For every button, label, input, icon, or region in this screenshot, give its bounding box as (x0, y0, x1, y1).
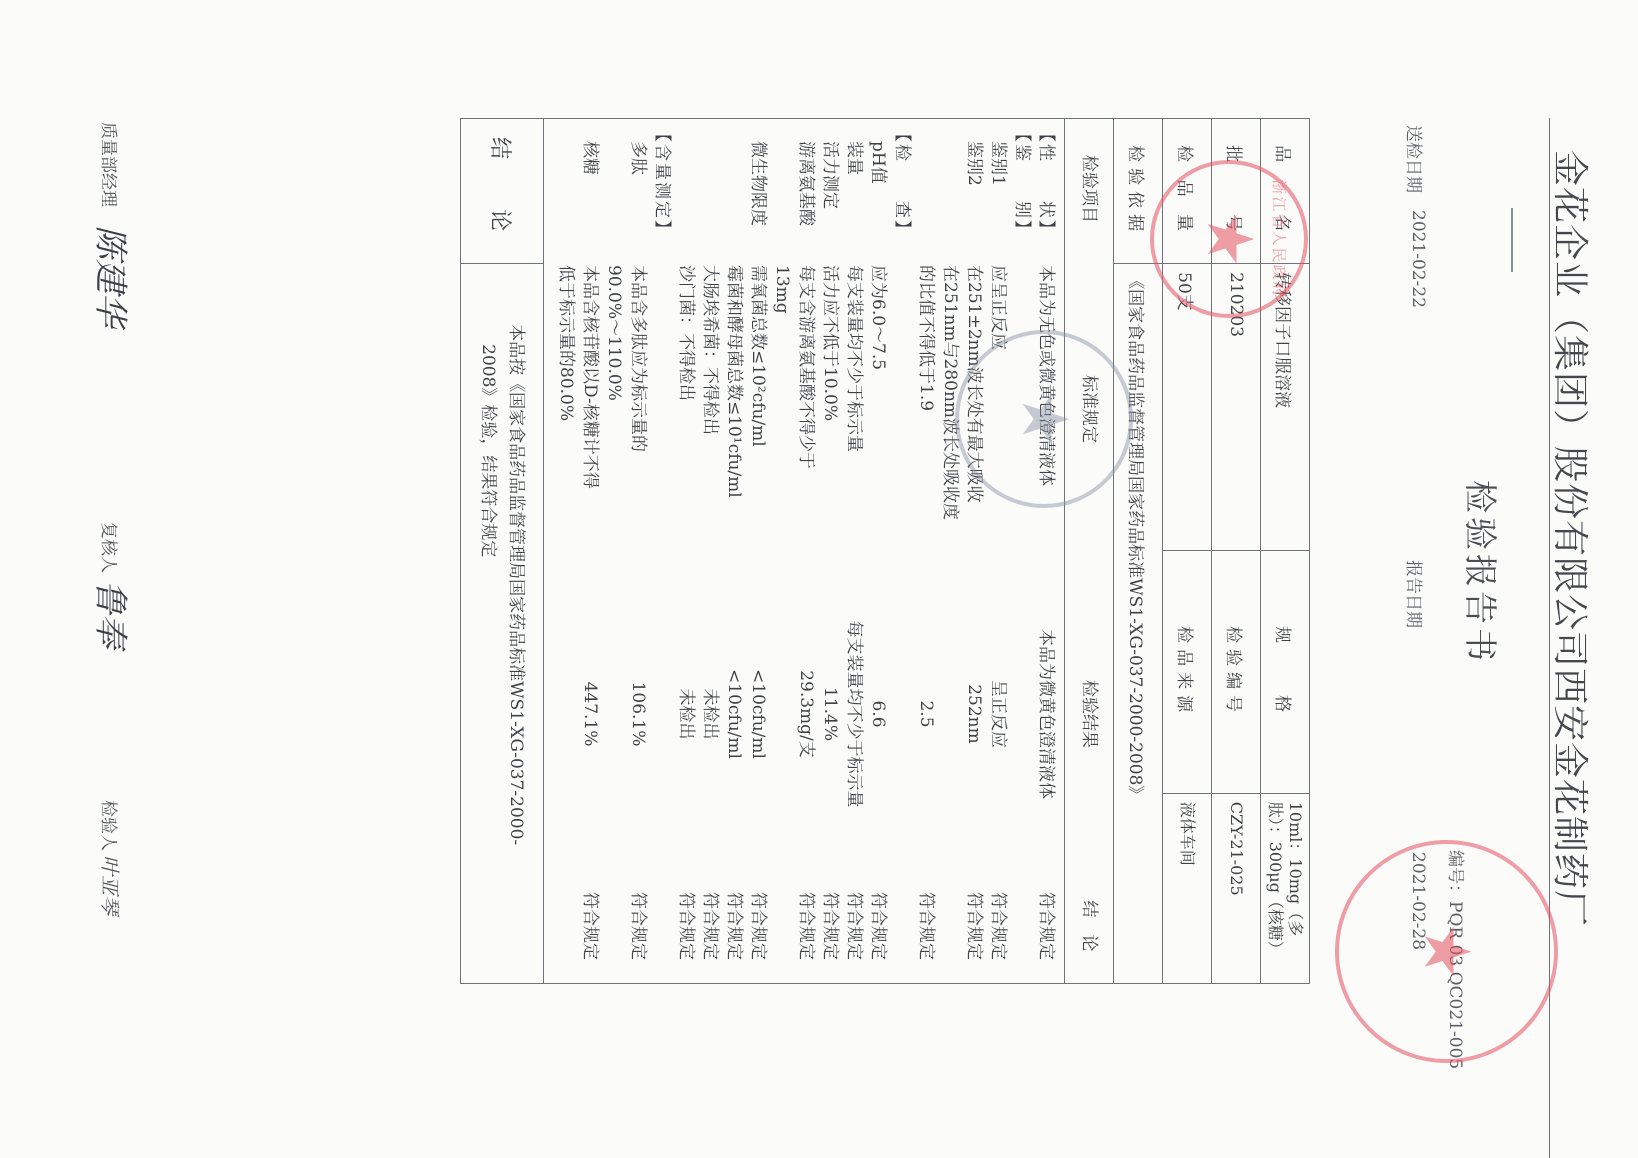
test-result: 每支装量均不少于标示量 (842, 559, 866, 869)
col-item: 检验项目 (1077, 119, 1101, 259)
test-item: 【含量测定】 (650, 119, 674, 259)
test-result (938, 559, 962, 869)
test-item: 多肽 (626, 119, 650, 259)
basis-value: 《国家食品药品监督管理局国家药品标准WS1-XG-037-2000-2008》 (1114, 264, 1163, 984)
test-conclusion (770, 869, 794, 983)
test-conclusion: 符合规定 (818, 869, 842, 983)
test-conclusion: 符合规定 (746, 869, 770, 983)
star-icon: ★ (1197, 210, 1261, 267)
star-icon: ★ (1415, 923, 1479, 980)
test-item: 微生物限度 (746, 119, 770, 259)
test-item: 【检 查】 (890, 119, 914, 259)
test-standard: 90.0%～110.0% (602, 259, 626, 559)
right-red-seal: ★ (1335, 840, 1558, 1063)
test-item (722, 119, 746, 259)
info-label: 规 格 (1261, 551, 1310, 793)
test-result (554, 559, 578, 869)
test-result: 6.6 (866, 559, 890, 869)
test-standard: 霉菌和酵母菌总数≤10¹cfu/ml (722, 259, 746, 559)
test-conclusion: 符合规定 (698, 869, 722, 983)
test-result (890, 559, 914, 869)
test-standard: 本品含多肽应为标示量的 (626, 259, 650, 559)
test-conclusion (938, 869, 962, 983)
test-item (770, 119, 794, 259)
test-standard: 本品含核苷酸以D-核糖计不得 (578, 259, 602, 559)
test-conclusion (602, 869, 626, 983)
test-conclusion: 符合规定 (674, 869, 698, 983)
column-header-row: 检验项目 标准规定 检验结果 结 论 (1065, 119, 1114, 984)
inspection-report-page: 金花企业（集团）股份有限公司西安金花制药厂 检验报告书 编号：PQR 03 QC… (0, 0, 1638, 1158)
test-item: 鉴别2 (962, 119, 986, 259)
manager-label: 质量部经理 (98, 122, 123, 207)
left-red-seal: 浙江省人民政府 ★ (1150, 160, 1308, 318)
report-date-label: 报告日期 (1403, 560, 1428, 628)
info-label: 检品来源 (1163, 551, 1212, 793)
test-standard: 的比值不得低于1.9 (914, 259, 938, 559)
test-item: 【鉴 别】 (1010, 119, 1034, 259)
test-conclusion (1010, 869, 1034, 983)
test-result (1010, 559, 1034, 869)
test-standard: 需氧菌总数≤10²cfu/ml (746, 259, 770, 559)
test-items: 【性 状】本品为无色或微黄色澄清液体本品为微黄色澄清液体符合规定【鉴 别】鉴别1… (554, 119, 1058, 983)
test-result (770, 559, 794, 869)
test-conclusion: 符合规定 (626, 869, 650, 983)
test-item: 核糖 (578, 119, 602, 259)
test-result: 未检出 (698, 559, 722, 869)
test-standard: 每支装量均不少于标示量 (842, 259, 866, 559)
test-conclusion: 符合规定 (1034, 869, 1058, 983)
report-title: 检验报告书 (1459, 480, 1506, 665)
test-result: 447.1% (578, 559, 602, 869)
test-result: 29.3mg/支 (794, 559, 818, 869)
test-item (602, 119, 626, 259)
test-standard: 13mg (770, 259, 794, 559)
test-standard: 低于标示量的80.0% (554, 259, 578, 559)
info-label: 检验编号 (1212, 551, 1261, 793)
test-standard (650, 259, 674, 559)
test-item (914, 119, 938, 259)
conclusion-label: 结 论 (461, 119, 544, 264)
test-item: 鉴别1 (986, 119, 1010, 259)
test-standard: 大肠埃希菌：不得检出 (698, 259, 722, 559)
test-conclusion: 符合规定 (842, 869, 866, 983)
test-item (698, 119, 722, 259)
company-name: 金花企业（集团）股份有限公司西安金花制药厂 (1547, 150, 1598, 927)
manager-signature: 陈建华 (89, 225, 138, 327)
test-conclusion (650, 869, 674, 983)
test-item: 装量 (842, 119, 866, 259)
test-item (674, 119, 698, 259)
test-conclusion: 符合规定 (986, 869, 1010, 983)
test-conclusion: 符合规定 (962, 869, 986, 983)
conclusion-row: 结 论 本品按《国家食品药品监督管理局国家药品标准WS1-XG-037-2000… (461, 119, 544, 984)
test-result: 11.4% (818, 559, 842, 869)
test-result (650, 559, 674, 869)
submit-date-label: 送检日期 (1403, 125, 1428, 193)
test-item (938, 119, 962, 259)
col-conclusion: 结 论 (1077, 869, 1101, 983)
reviewer-signature: 鲁奉 (89, 580, 138, 648)
inspector-label: 检验人 (98, 800, 123, 851)
test-result: <10cfu/ml (746, 559, 770, 869)
test-item (554, 119, 578, 259)
test-result: 2.5 (914, 559, 938, 869)
test-conclusion: 符合规定 (866, 869, 890, 983)
test-standard (890, 259, 914, 559)
test-result: 本品为微黄色澄清液体 (1034, 559, 1058, 869)
inspector-signature: 叶亚琴 (97, 855, 126, 915)
info-value: 10ml：10mg（多肽）：300μg（核糖） (1261, 793, 1310, 983)
gray-seal: ★ (955, 330, 1133, 508)
test-item: 活力测定 (818, 119, 842, 259)
test-conclusion: 符合规定 (722, 869, 746, 983)
test-result: 106.1% (626, 559, 650, 869)
test-conclusion (890, 869, 914, 983)
items-row: 【性 状】本品为无色或微黄色澄清液体本品为微黄色澄清液体符合规定【鉴 别】鉴别1… (544, 119, 1065, 984)
test-standard: 应为6.0～7.5 (866, 259, 890, 559)
header-rule (1549, 118, 1550, 1158)
scan-mark (1511, 208, 1513, 272)
test-conclusion: 符合规定 (578, 869, 602, 983)
test-result: 252nm (962, 559, 986, 869)
test-result (602, 559, 626, 869)
test-result: <10cfu/ml (722, 559, 746, 869)
test-result: 呈正反应 (986, 559, 1010, 869)
test-result: 未检出 (674, 559, 698, 869)
info-value: CZY-21-025 (1212, 793, 1261, 983)
star-icon: ★ (1012, 390, 1076, 447)
test-standard: 活力应不低于10.0% (818, 259, 842, 559)
test-conclusion: 符合规定 (914, 869, 938, 983)
reviewer-label: 复核人 (98, 522, 123, 573)
test-conclusion (554, 869, 578, 983)
test-item: 游离氨基酸 (794, 119, 818, 259)
test-standard: 沙门菌：不得检出 (674, 259, 698, 559)
test-conclusion: 符合规定 (794, 869, 818, 983)
info-value: 液体车间 (1163, 793, 1212, 983)
test-item: 【性 状】 (1034, 119, 1058, 259)
conclusion-line-2: 2008》检验，结果符合规定 (474, 324, 502, 975)
col-result: 检验结果 (1077, 559, 1101, 869)
test-item: pH值 (866, 119, 890, 259)
conclusion-line-1: 本品按《国家食品药品监督管理局国家药品标准WS1-XG-037-2000- (502, 324, 530, 975)
test-standard: 每支含游离氨基酸不得少于 (794, 259, 818, 559)
submit-date: 2021-02-22 (1408, 210, 1428, 308)
